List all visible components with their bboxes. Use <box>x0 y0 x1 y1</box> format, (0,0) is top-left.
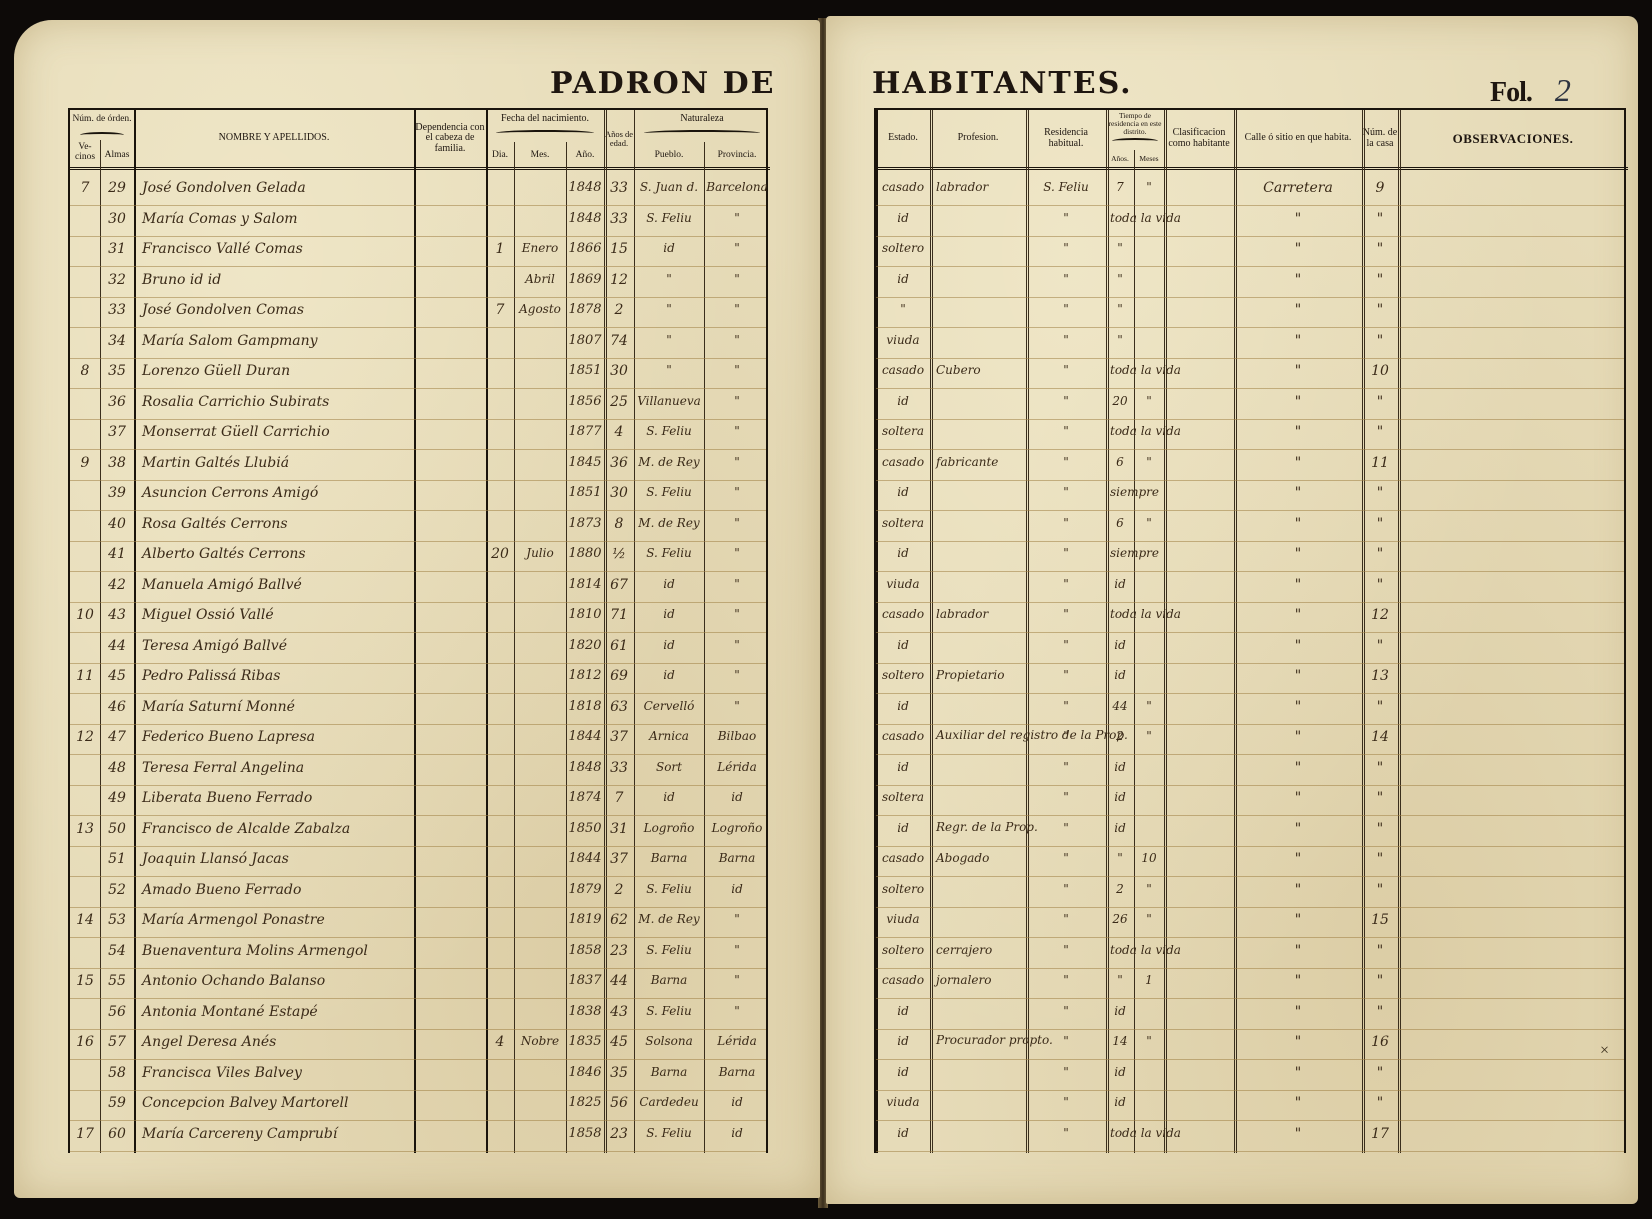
house-number: " <box>1362 1004 1398 1028</box>
table-row: 12 47 Federico Bueno Lapresa 1844 37 Arn… <box>70 725 766 756</box>
person-name: María Armengol Ponastre <box>142 912 325 936</box>
street: " <box>1234 577 1362 601</box>
residence-months <box>1134 272 1164 296</box>
residence-years: 7 <box>1106 180 1134 204</box>
house-number: 11 <box>1362 455 1398 479</box>
age: 30 <box>604 485 634 509</box>
birthplace-town: Barna <box>634 1065 704 1089</box>
residence-years: " <box>1106 272 1134 296</box>
birth-year: 1858 <box>566 1126 604 1150</box>
marital-status: casado <box>876 729 930 753</box>
birth-year: 1846 <box>566 1065 604 1089</box>
brace <box>80 132 124 138</box>
residence-years: " <box>1106 973 1134 997</box>
alma-number: 30 <box>100 211 134 235</box>
table-row: id " toda la vida " 17 <box>876 1122 1624 1153</box>
person-name: Monserrat Güell Carrichio <box>142 424 330 448</box>
header-anios: Años. <box>1106 154 1134 163</box>
street: " <box>1234 1034 1362 1058</box>
house-number: 12 <box>1362 607 1398 631</box>
residence-months <box>1134 577 1164 601</box>
table-row: viuda " " " " <box>876 329 1624 360</box>
residence: " <box>1026 760 1106 784</box>
street: " <box>1234 455 1362 479</box>
residence: " <box>1026 546 1106 570</box>
vecino-number: 16 <box>70 1034 100 1058</box>
residence-years: " <box>1106 333 1134 357</box>
alma-number: 51 <box>100 851 134 875</box>
profession: Regr. de la Prop. <box>936 823 1038 847</box>
age: 4 <box>604 424 634 448</box>
residence: " <box>1026 943 1106 967</box>
age: 74 <box>604 333 634 357</box>
vecino-number <box>70 485 100 509</box>
birthplace-province: " <box>704 577 770 601</box>
marital-status: id <box>876 1004 930 1028</box>
age: 23 <box>604 1126 634 1150</box>
vecino-number: 10 <box>70 607 100 631</box>
residence: " <box>1026 485 1106 509</box>
birthplace-province: " <box>704 607 770 631</box>
residence-years: id <box>1106 790 1134 814</box>
street: " <box>1234 851 1362 875</box>
birthplace-province: " <box>704 424 770 448</box>
birth-day <box>486 333 514 357</box>
table-row: soltera " 6 " " " <box>876 512 1624 543</box>
residence-months <box>1134 333 1164 357</box>
birthplace-town: M. de Rey <box>634 455 704 479</box>
age: 15 <box>604 241 634 265</box>
residence: " <box>1026 1095 1106 1119</box>
birth-month <box>514 180 566 204</box>
header-calle: Calle ó sitio en que habita. <box>1234 110 1362 170</box>
table-row: id " id " " <box>876 1061 1624 1092</box>
marital-status: id <box>876 485 930 509</box>
birth-year: 1819 <box>566 912 604 936</box>
page-title-right: HABITANTES. <box>872 66 1133 101</box>
residence: " <box>1026 1004 1106 1028</box>
birth-day <box>486 180 514 204</box>
alma-number: 45 <box>100 668 134 692</box>
birth-year: 1869 <box>566 272 604 296</box>
birth-month <box>514 211 566 235</box>
birthplace-town: M. de Rey <box>634 912 704 936</box>
vecino-number <box>70 272 100 296</box>
marital-status: casado <box>876 851 930 875</box>
age: 33 <box>604 211 634 235</box>
house-number: " <box>1362 1065 1398 1089</box>
age: 45 <box>604 1034 634 1058</box>
birthplace-province: Barcelona <box>704 180 770 204</box>
birth-month <box>514 485 566 509</box>
alma-number: 34 <box>100 333 134 357</box>
person-name: Alberto Galtés Cerrons <box>142 546 306 570</box>
table-row: 9 38 Martin Galtés Llubiá 1845 36 M. de … <box>70 451 766 482</box>
street: " <box>1234 882 1362 906</box>
birth-day <box>486 882 514 906</box>
table-row: 37 Monserrat Güell Carrichio 1877 4 S. F… <box>70 420 766 451</box>
birth-month <box>514 851 566 875</box>
residence-months <box>1134 760 1164 784</box>
residence-years: " <box>1106 241 1134 265</box>
person-name: Teresa Ferral Angelina <box>142 760 304 784</box>
age: 25 <box>604 394 634 418</box>
birthplace-province: " <box>704 912 770 936</box>
marital-status: soltero <box>876 668 930 692</box>
birth-year: 1825 <box>566 1095 604 1119</box>
table-row: casado Abogado " " 10 " " <box>876 847 1624 878</box>
person-name: Asuncion Cerrons Amigó <box>142 485 318 509</box>
birth-year: 1851 <box>566 485 604 509</box>
birth-month <box>514 333 566 357</box>
table-row: 32 Bruno id id Abril 1869 12 " " <box>70 268 766 299</box>
street: " <box>1234 699 1362 723</box>
table-row: 33 José Gondolven Comas 7 Agosto 1878 2 … <box>70 298 766 329</box>
residence-months: " <box>1134 882 1164 906</box>
person-name: Manuela Amigó Ballvé <box>142 577 302 601</box>
birthplace-town: S. Feliu <box>634 943 704 967</box>
alma-number: 46 <box>100 699 134 723</box>
birthplace-town: " <box>634 333 704 357</box>
age: 62 <box>604 912 634 936</box>
margin-mark: × <box>1600 1042 1609 1060</box>
alma-number: 53 <box>100 912 134 936</box>
residence-months: " <box>1134 699 1164 723</box>
folio-number: 2 <box>1538 72 1588 110</box>
table-row: 16 57 Angel Deresa Anés 4 Nobre 1835 45 … <box>70 1030 766 1061</box>
table-row: id " 20 " " " <box>876 390 1624 421</box>
residence-months: " <box>1134 729 1164 753</box>
birthplace-province: id <box>704 1095 770 1119</box>
street: " <box>1234 1004 1362 1028</box>
age: 23 <box>604 943 634 967</box>
profession: labrador <box>936 180 988 204</box>
birthplace-province: " <box>704 394 770 418</box>
header-almas: Almas <box>100 150 134 160</box>
birth-year: 1844 <box>566 851 604 875</box>
birthplace-province: id <box>704 1126 770 1150</box>
person-name: Antonio Ochando Balanso <box>142 973 325 997</box>
alma-number: 55 <box>100 973 134 997</box>
age: 33 <box>604 180 634 204</box>
residence-years: 2 <box>1106 729 1134 753</box>
birth-month <box>514 760 566 784</box>
birthplace-town: M. de Rey <box>634 516 704 540</box>
marital-status: casado <box>876 973 930 997</box>
birth-month <box>514 363 566 387</box>
vecino-number <box>70 699 100 723</box>
residence-months <box>1134 821 1164 845</box>
table-row: 30 María Comas y Salom 1848 33 S. Feliu … <box>70 207 766 238</box>
birth-day <box>486 516 514 540</box>
alma-number: 59 <box>100 1095 134 1119</box>
residence: " <box>1026 1065 1106 1089</box>
vecino-number <box>70 424 100 448</box>
residence: " <box>1026 607 1106 631</box>
residence: S. Feliu <box>1026 180 1106 204</box>
alma-number: 49 <box>100 790 134 814</box>
street: " <box>1234 363 1362 387</box>
alma-number: 29 <box>100 180 134 204</box>
street: " <box>1234 760 1362 784</box>
ledger-left: Núm. de órden. Ve- cinos Almas NOMBRE Y … <box>68 108 768 1153</box>
marital-status: id <box>876 1126 930 1150</box>
residence-months <box>1134 790 1164 814</box>
residence: " <box>1026 638 1106 662</box>
house-number: " <box>1362 394 1398 418</box>
marital-status: id <box>876 699 930 723</box>
birth-year: 1850 <box>566 821 604 845</box>
residence-months: " <box>1134 1034 1164 1058</box>
vecino-number: 9 <box>70 455 100 479</box>
birth-month <box>514 394 566 418</box>
alma-number: 33 <box>100 302 134 326</box>
birthplace-province: " <box>704 699 770 723</box>
table-row: 44 Teresa Amigó Ballvé 1820 61 id " <box>70 634 766 665</box>
vecino-number <box>70 516 100 540</box>
person-name: Amado Bueno Ferrado <box>142 882 301 906</box>
entries-left: 7 29 José Gondolven Gelada 1848 33 S. Ju… <box>70 176 766 1152</box>
birth-year: 1866 <box>566 241 604 265</box>
house-number: " <box>1362 790 1398 814</box>
table-row: casado Cubero " toda la vida " 10 <box>876 359 1624 390</box>
vecino-number: 17 <box>70 1126 100 1150</box>
table-row: 51 Joaquin Llansó Jacas 1844 37 Barna Ba… <box>70 847 766 878</box>
birthplace-province: " <box>704 668 770 692</box>
marital-status: id <box>876 760 930 784</box>
table-row: viuda " id " " <box>876 1091 1624 1122</box>
residence-years: id <box>1106 1004 1134 1028</box>
table-row: 42 Manuela Amigó Ballvé 1814 67 id " <box>70 573 766 604</box>
residence-months: " <box>1134 180 1164 204</box>
residence: " <box>1026 973 1106 997</box>
birth-day: 4 <box>486 1034 514 1058</box>
alma-number: 42 <box>100 577 134 601</box>
page-title-left: PADRON DE <box>550 66 775 101</box>
table-row: casado fabricante " 6 " " 11 <box>876 451 1624 482</box>
table-row: casado labrador S. Feliu 7 " Carretera 9 <box>876 176 1624 207</box>
residence-months <box>1134 1004 1164 1028</box>
age: 44 <box>604 973 634 997</box>
house-number: " <box>1362 882 1398 906</box>
header-estado: Estado. <box>876 110 930 170</box>
vecino-number <box>70 790 100 814</box>
vecino-number: 7 <box>70 180 100 204</box>
birth-month <box>514 1126 566 1150</box>
birth-day: 1 <box>486 241 514 265</box>
marital-status: casado <box>876 180 930 204</box>
residence-years: 6 <box>1106 516 1134 540</box>
birthplace-town: S. Feliu <box>634 882 704 906</box>
table-row: 46 María Saturní Monné 1818 63 Cervelló … <box>70 695 766 726</box>
street: " <box>1234 790 1362 814</box>
table-row: 31 Francisco Vallé Comas 1 Enero 1866 15… <box>70 237 766 268</box>
birth-day <box>486 790 514 814</box>
birthplace-province: " <box>704 638 770 662</box>
vecino-number: 8 <box>70 363 100 387</box>
residence: " <box>1026 424 1106 448</box>
marital-status: viuda <box>876 577 930 601</box>
age: 30 <box>604 363 634 387</box>
table-row: id " id " " <box>876 1000 1624 1031</box>
alma-number: 31 <box>100 241 134 265</box>
residence-years: 14 <box>1106 1034 1134 1058</box>
header-clasificacion: Clasificacion como habitante <box>1164 110 1234 170</box>
table-row: id Regr. de la Prop. " id " " <box>876 817 1624 848</box>
vecino-number <box>70 943 100 967</box>
house-number: " <box>1362 516 1398 540</box>
birth-month <box>514 882 566 906</box>
table-row: soltero cerrajero " toda la vida " " <box>876 939 1624 970</box>
residence-months <box>1134 668 1164 692</box>
marital-status: " <box>876 302 930 326</box>
birth-day <box>486 363 514 387</box>
age: ½ <box>604 546 634 570</box>
table-row: casado jornalero " " 1 " " <box>876 969 1624 1000</box>
residence-years: 26 <box>1106 912 1134 936</box>
birth-month <box>514 1004 566 1028</box>
table-row: 48 Teresa Ferral Angelina 1848 33 Sort L… <box>70 756 766 787</box>
birthplace-town: Cervelló <box>634 699 704 723</box>
vecino-number: 15 <box>70 973 100 997</box>
table-row: id " id " " <box>876 634 1624 665</box>
entries-right: casado labrador S. Feliu 7 " Carretera 9… <box>876 176 1624 1152</box>
vecino-number <box>70 1004 100 1028</box>
house-number: 15 <box>1362 912 1398 936</box>
birthplace-province: " <box>704 546 770 570</box>
table-row: 15 55 Antonio Ochando Balanso 1837 44 Ba… <box>70 969 766 1000</box>
marital-status: soltera <box>876 516 930 540</box>
table-row: viuda " 26 " " 15 <box>876 908 1624 939</box>
street: " <box>1234 546 1362 570</box>
vecino-number <box>70 394 100 418</box>
person-name: Francisco de Alcalde Zabalza <box>142 821 350 845</box>
table-row: id Procurador propto. " 14 " " 16 <box>876 1030 1624 1061</box>
birth-month <box>514 912 566 936</box>
header-anio: Año. <box>566 150 604 160</box>
residence-years: 2 <box>1106 882 1134 906</box>
birth-day <box>486 424 514 448</box>
birthplace-town: id <box>634 638 704 662</box>
header-edad: Años de edad. <box>604 110 634 170</box>
house-number: 13 <box>1362 668 1398 692</box>
birthplace-town: " <box>634 363 704 387</box>
marital-status: soltero <box>876 241 930 265</box>
birthplace-town: Arnica <box>634 729 704 753</box>
table-row: 49 Liberata Bueno Ferrado 1874 7 id id <box>70 786 766 817</box>
table-row: id " toda la vida " " <box>876 207 1624 238</box>
header-meses: Meses <box>1134 154 1164 163</box>
profession: jornalero <box>936 973 991 997</box>
age: 69 <box>604 668 634 692</box>
alma-number: 32 <box>100 272 134 296</box>
alma-number: 35 <box>100 363 134 387</box>
alma-number: 57 <box>100 1034 134 1058</box>
residence-months: " <box>1134 912 1164 936</box>
table-row: soltero " " " " <box>876 237 1624 268</box>
residence-years: id <box>1106 577 1134 601</box>
residence: " <box>1026 272 1106 296</box>
residence: " <box>1026 394 1106 418</box>
birthplace-province: " <box>704 455 770 479</box>
birth-month <box>514 607 566 631</box>
street: " <box>1234 638 1362 662</box>
birth-day <box>486 851 514 875</box>
birthplace-town: Cardedeu <box>634 1095 704 1119</box>
birth-year: 1845 <box>566 455 604 479</box>
table-row: 52 Amado Bueno Ferrado 1879 2 S. Feliu i… <box>70 878 766 909</box>
header-fecha-nacimiento: Fecha del nacimiento. <box>486 110 604 170</box>
house-number: " <box>1362 577 1398 601</box>
birthplace-town: " <box>634 302 704 326</box>
street: Carretera <box>1234 180 1362 204</box>
profession: Propietario <box>936 668 1004 692</box>
house-number: 17 <box>1362 1126 1398 1150</box>
vecino-number: 12 <box>70 729 100 753</box>
residence: " <box>1026 821 1106 845</box>
age: 35 <box>604 1065 634 1089</box>
birthplace-town: S. Feliu <box>634 485 704 509</box>
street: " <box>1234 668 1362 692</box>
table-row: 34 María Salom Gampmany 1807 74 " " <box>70 329 766 360</box>
birth-year: 1878 <box>566 302 604 326</box>
house-number: " <box>1362 241 1398 265</box>
header-mes: Mes. <box>514 150 566 160</box>
birth-month <box>514 729 566 753</box>
age: 36 <box>604 455 634 479</box>
residence-years: id <box>1106 638 1134 662</box>
birth-day <box>486 760 514 784</box>
birth-year: 1877 <box>566 424 604 448</box>
alma-number: 43 <box>100 607 134 631</box>
house-number: " <box>1362 485 1398 509</box>
birthplace-province: Bilbao <box>704 729 770 753</box>
birth-year: 1856 <box>566 394 604 418</box>
person-name: Angel Deresa Anés <box>142 1034 276 1058</box>
birth-year: 1879 <box>566 882 604 906</box>
house-number: " <box>1362 1095 1398 1119</box>
birthplace-province: " <box>704 241 770 265</box>
table-row: 56 Antonia Montané Estapé 1838 43 S. Fel… <box>70 1000 766 1031</box>
residence-months: " <box>1134 455 1164 479</box>
alma-number: 40 <box>100 516 134 540</box>
residence-years: " <box>1106 302 1134 326</box>
birthplace-province: " <box>704 211 770 235</box>
birthplace-town: id <box>634 790 704 814</box>
birth-day <box>486 272 514 296</box>
residence-months <box>1134 485 1164 509</box>
vecino-number: 14 <box>70 912 100 936</box>
header-num-orden-label: Núm. de órden. <box>70 114 134 124</box>
birth-year: 1880 <box>566 546 604 570</box>
birth-year: 1848 <box>566 760 604 784</box>
birthplace-town: id <box>634 668 704 692</box>
birth-year: 1858 <box>566 943 604 967</box>
residence: " <box>1026 455 1106 479</box>
person-name: Bruno id id <box>142 272 221 296</box>
birth-month <box>514 943 566 967</box>
table-row: 14 53 María Armengol Ponastre 1819 62 M.… <box>70 908 766 939</box>
birthplace-town: S. Feliu <box>634 211 704 235</box>
residence: " <box>1026 668 1106 692</box>
residence: " <box>1026 912 1106 936</box>
alma-number: 52 <box>100 882 134 906</box>
residence: " <box>1026 241 1106 265</box>
residence: " <box>1026 211 1106 235</box>
marital-status: id <box>876 211 930 235</box>
table-row: 39 Asuncion Cerrons Amigó 1851 30 S. Fel… <box>70 481 766 512</box>
vecino-number <box>70 577 100 601</box>
